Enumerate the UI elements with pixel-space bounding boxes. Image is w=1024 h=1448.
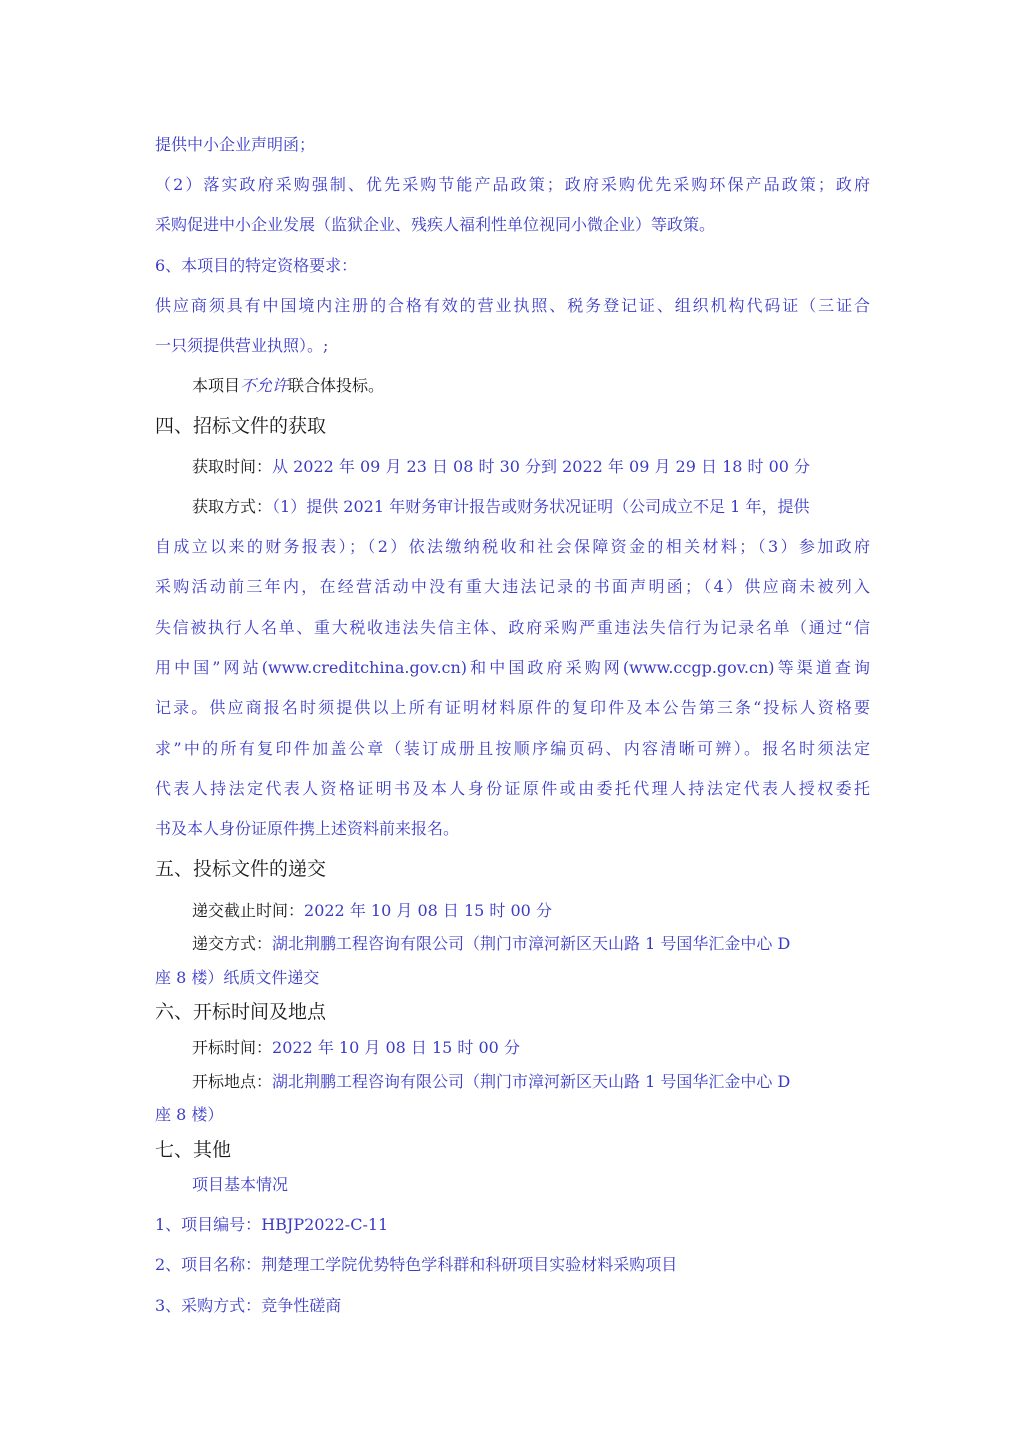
acquisition-method-line: 用中国”网站(www.creditchina.gov.cn)和中国政府采购网(w… xyxy=(155,658,870,678)
opening-time: 开标时间：2022 年 10 月 08 日 15 时 00 分 xyxy=(192,1038,520,1058)
acquisition-method-label: 获取方式： xyxy=(192,497,272,516)
paragraph-line: （2）落实政府采购强制、优先采购节能产品政策；政府采购优先采购环保产品政策；政府 xyxy=(155,175,870,195)
opening-place: 开标地点：湖北荆鹏工程咨询有限公司（荆门市漳河新区天山路 1 号国华汇金中心 D xyxy=(192,1072,790,1092)
paragraph-line: 提供中小企业声明函； xyxy=(155,135,315,155)
opening-place-label: 开标地点： xyxy=(192,1072,272,1091)
project-item-value: HBJP2022-C-11 xyxy=(261,1215,388,1234)
section-heading-4: 四、招标文件的获取 xyxy=(155,414,326,438)
section-heading-7: 七、其他 xyxy=(155,1138,231,1162)
acquisition-method-line: （1）提供 2021 年财务审计报告或财务状况证明（公司成立不足 1 年，提供 xyxy=(272,497,809,516)
requirement-title: 6、本项目的特定资格要求： xyxy=(155,256,357,276)
acquisition-time: 获取时间：从 2022 年 09 月 23 日 08 时 30 分到 2022 … xyxy=(192,457,810,477)
acquisition-method-line: 求”中的所有复印件加盖公章（装订成册且按顺序编页码、内容清晰可辨）。报名时须法定 xyxy=(155,739,870,759)
paragraph-line: 采购促进中小企业发展（监狱企业、残疾人福利性单位视同小微企业）等政策。 xyxy=(155,215,715,235)
submission-deadline: 递交截止时间：2022 年 10 月 08 日 15 时 00 分 xyxy=(192,901,552,921)
section-heading-6: 六、开标时间及地点 xyxy=(155,1000,326,1024)
opening-place-value-cont: 座 8 楼） xyxy=(155,1105,223,1125)
acquisition-method-line: 失信被执行人名单、重大税收违法失信主体、政府采购严重违法失信行为记录名单（通过“… xyxy=(155,618,870,638)
acquisition-time-label: 获取时间： xyxy=(192,457,272,476)
acquisition-method-line: 自成立以来的财务报表）；（2）依法缴纳税收和社会保障资金的相关材料；（3）参加政… xyxy=(155,537,870,557)
submission-deadline-value: 2022 年 10 月 08 日 15 时 00 分 xyxy=(304,901,552,920)
consortium-statement: 本项目不允许联合体投标。 xyxy=(192,376,384,396)
opening-time-label: 开标时间： xyxy=(192,1038,272,1057)
project-item-label: 1、项目编号： xyxy=(155,1215,261,1234)
acquisition-method-line: 书及本人身份证原件携上述资料前来报名。 xyxy=(155,819,459,839)
submission-method-label: 递交方式： xyxy=(192,934,272,953)
acquisition-method-line: 采购活动前三年内，在经营活动中没有重大违法记录的书面声明函；（4）供应商未被列入 xyxy=(155,577,870,597)
project-item-label: 2、项目名称： xyxy=(155,1255,261,1274)
project-item: 2、项目名称：荆楚理工学院优势特色学科群和科研项目实验材料采购项目 xyxy=(155,1255,677,1275)
submission-method: 递交方式：湖北荆鹏工程咨询有限公司（荆门市漳河新区天山路 1 号国华汇金中心 D xyxy=(192,934,790,954)
project-overview-subheading: 项目基本情况 xyxy=(192,1175,288,1195)
submission-method-value-cont: 座 8 楼）纸质文件递交 xyxy=(155,968,319,988)
paragraph-line: 一只须提供营业执照）。; xyxy=(155,336,328,356)
opening-place-value: 湖北荆鹏工程咨询有限公司（荆门市漳河新区天山路 1 号国华汇金中心 D xyxy=(272,1072,790,1091)
opening-time-value: 2022 年 10 月 08 日 15 时 00 分 xyxy=(272,1038,520,1057)
project-item: 1、项目编号：HBJP2022-C-11 xyxy=(155,1215,388,1235)
submission-deadline-label: 递交截止时间： xyxy=(192,901,304,920)
acquisition-method: 获取方式：（1）提供 2021 年财务审计报告或财务状况证明（公司成立不足 1 … xyxy=(192,497,870,517)
project-item-value: 荆楚理工学院优势特色学科群和科研项目实验材料采购项目 xyxy=(261,1255,677,1274)
consortium-prefix: 本项目 xyxy=(192,376,240,395)
consortium-suffix: 联合体投标。 xyxy=(288,376,384,395)
acquisition-method-line: 记录。供应商报名时须提供以上所有证明材料原件的复印件及本公告第三条“投标人资格要 xyxy=(155,698,870,718)
submission-method-value: 湖北荆鹏工程咨询有限公司（荆门市漳河新区天山路 1 号国华汇金中心 D xyxy=(272,934,790,953)
paragraph-line: 供应商须具有中国境内注册的合格有效的营业执照、税务登记证、组织机构代码证（三证合 xyxy=(155,296,870,316)
consortium-emphasis: 不允许 xyxy=(240,376,288,395)
acquisition-time-value: 从 2022 年 09 月 23 日 08 时 30 分到 2022 年 09 … xyxy=(272,457,810,476)
acquisition-method-line: 代表人持法定代表人资格证明书及本人身份证原件或由委托代理人持法定代表人授权委托 xyxy=(155,779,870,799)
project-item-value: 竞争性磋商 xyxy=(261,1296,341,1315)
project-item: 3、采购方式：竞争性磋商 xyxy=(155,1296,341,1316)
project-item-label: 3、采购方式： xyxy=(155,1296,261,1315)
section-heading-5: 五、投标文件的递交 xyxy=(155,857,326,881)
